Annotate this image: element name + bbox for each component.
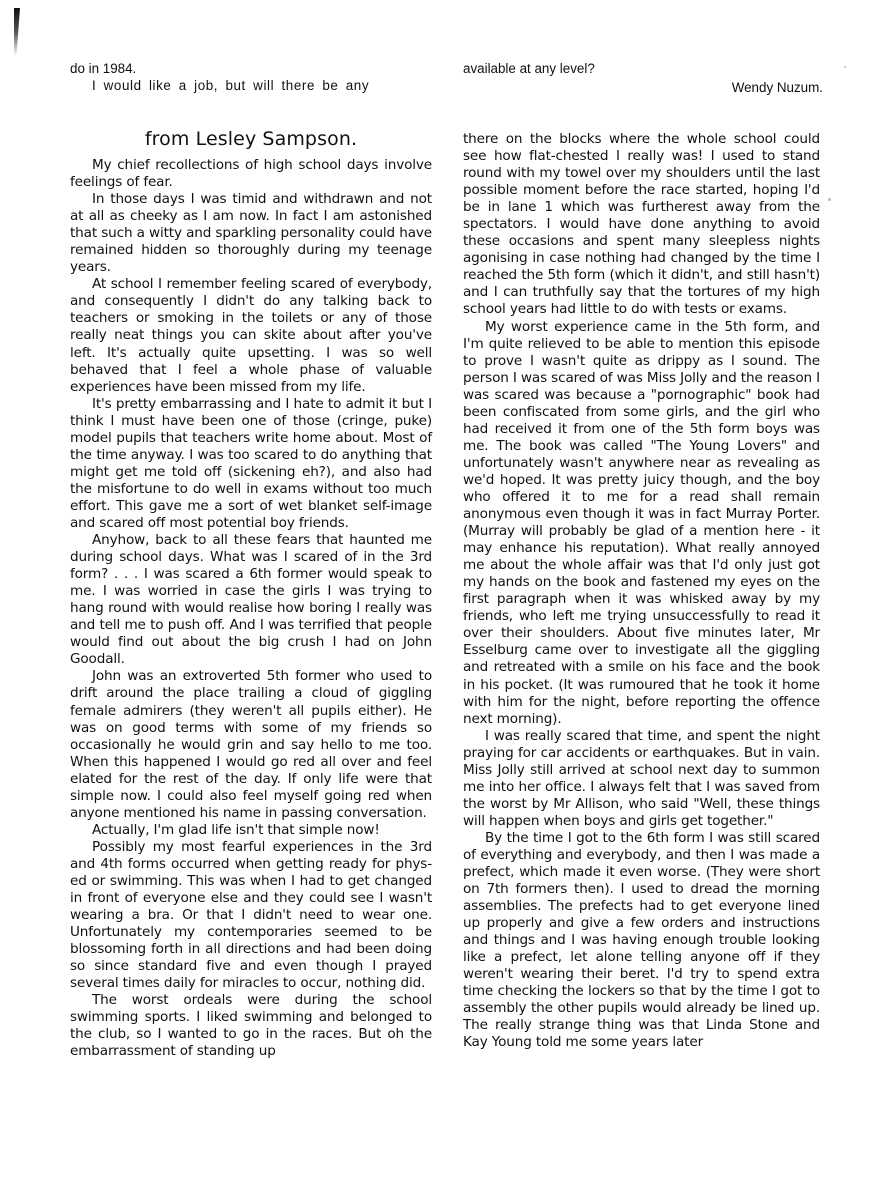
previous-article-tail-right: available at any level? Wendy Nuzum.	[463, 60, 823, 96]
scan-speck	[844, 66, 846, 68]
article-left-column: My chief recollections of high school da…	[70, 157, 432, 1060]
scan-speck	[828, 198, 831, 201]
paragraph: By the time I got to the 6th form I was …	[463, 830, 820, 1052]
paragraph: In those days I was timid and withdrawn …	[70, 191, 432, 276]
previous-article-tail-left: do in 1984. I would like a job, but will…	[70, 60, 432, 94]
paragraph: there on the blocks where the whole scho…	[463, 131, 820, 319]
paragraph: I was really scared that time, and spent…	[463, 728, 820, 830]
paragraph: My chief recollections of high school da…	[70, 157, 432, 191]
paragraph: My worst experience came in the 5th form…	[463, 319, 820, 728]
paragraph: At school I remember feeling scared of e…	[70, 276, 432, 395]
paragraph: Anyhow, back to all these fears that hau…	[70, 532, 432, 668]
paragraph: It's pretty embarrassing and I hate to a…	[70, 396, 432, 532]
text-line: I would like a job, but will there be an…	[70, 77, 432, 94]
article-right-column: there on the blocks where the whole scho…	[463, 131, 820, 1052]
paragraph: Possibly my most fearful experiences in …	[70, 839, 432, 992]
paragraph: Actually, I'm glad life isn't that simpl…	[70, 822, 432, 839]
author-signature: Wendy Nuzum.	[463, 79, 823, 96]
scan-corner-mark	[14, 8, 20, 56]
paragraph: John was an extroverted 5th former who u…	[70, 668, 432, 821]
article-title: from Lesley Sampson.	[70, 128, 432, 150]
text-line: available at any level?	[463, 60, 823, 77]
paragraph: The worst ordeals were during the school…	[70, 992, 432, 1060]
text-line: do in 1984.	[70, 60, 432, 77]
